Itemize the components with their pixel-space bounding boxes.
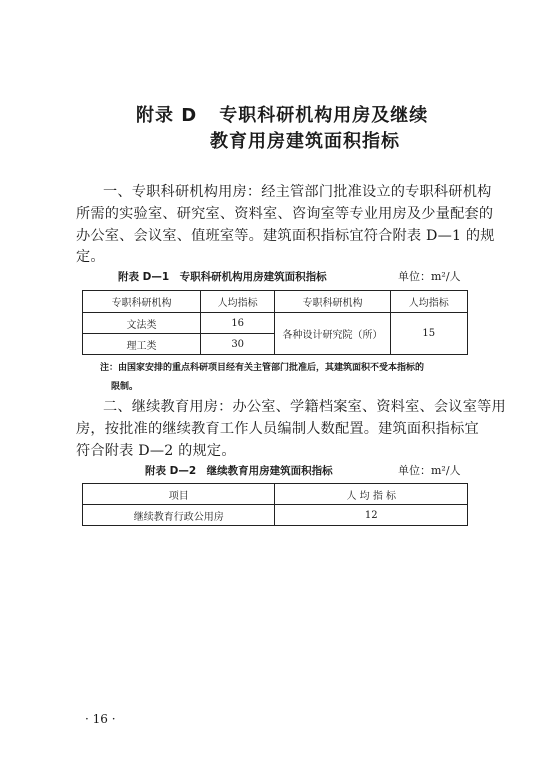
table1-header-org-1: 专职科研机构 (83, 291, 201, 313)
section1-line-2: 所需的实验室、研究室、资料室、咨询室等专业用房及少量配套的 (76, 203, 493, 225)
table2-caption: 附表 D—2 继续教育用房建筑面积指标 (145, 463, 333, 478)
table2-unit: 单位：m²/人 (398, 462, 461, 478)
table1-merged-value: 15 (390, 313, 467, 355)
table-row: 继续教育行政公用房 12 (83, 505, 468, 526)
section2-line-2: 房，按批准的继续教育工作人员编制人数配置。建筑面积指标宜 (76, 418, 479, 440)
section1-line-1: 一、专职科研机构用房：经主管部门批准设立的专职科研机构 (103, 181, 491, 203)
appendix-label: 附录 D专职科研机构用房及继续 (136, 101, 428, 127)
section1-line-4: 定。 (76, 246, 105, 268)
table2-header-row: 项目 人 均 指 标 (83, 484, 468, 505)
table1-header-value-1: 人均指标 (200, 291, 274, 313)
table1-row1-value: 16 (200, 313, 274, 334)
table1-row2-org: 理工类 (83, 334, 201, 355)
table-d2: 项目 人 均 指 标 继续教育行政公用房 12 (82, 483, 468, 526)
table1-header-value-2: 人均指标 (390, 291, 467, 313)
table1-merged-org: 各种设计研究院（所） (275, 313, 390, 355)
title-line-1: 专职科研机构用房及继续 (219, 105, 428, 126)
table1-row2-value: 30 (200, 334, 274, 355)
section1-line-3: 办公室、会议室、值班室等。建筑面积指标宜符合附表 D—1 的规 (76, 225, 495, 247)
title-line-2: 教育用房建筑面积指标 (210, 127, 400, 153)
table2-header-value: 人 均 指 标 (275, 484, 468, 505)
table2-row1-value: 12 (275, 505, 468, 526)
table1-note-line-1: 注：由国家安排的重点科研项目经有关主管部门批准后，其建筑面积不受本指标的 (100, 360, 424, 373)
appendix-prefix: 附录 D (136, 105, 197, 126)
page-number: · 16 · (85, 712, 116, 726)
table1-note-line-2: 限制。 (111, 379, 138, 392)
table1-header-org-2: 专职科研机构 (275, 291, 390, 313)
table2-header-item: 项目 (83, 484, 275, 505)
table2-row1-item: 继续教育行政公用房 (83, 505, 275, 526)
table1-unit: 单位：m²/人 (398, 268, 461, 284)
section2-line-3: 符合附表 D—2 的规定。 (76, 440, 236, 462)
section2-line-1: 二、继续教育用房：办公室、学籍档案室、资料室、会议室等用 (103, 396, 506, 418)
table1-caption: 附表 D—1 专职科研机构用房建筑面积指标 (118, 269, 327, 284)
table1-header-row: 专职科研机构 人均指标 专职科研机构 人均指标 (83, 291, 468, 313)
table-row: 文法类 16 各种设计研究院（所） 15 (83, 313, 468, 334)
table1-row1-org: 文法类 (83, 313, 201, 334)
table-d1: 专职科研机构 人均指标 专职科研机构 人均指标 文法类 16 各种设计研究院（所… (82, 290, 468, 355)
